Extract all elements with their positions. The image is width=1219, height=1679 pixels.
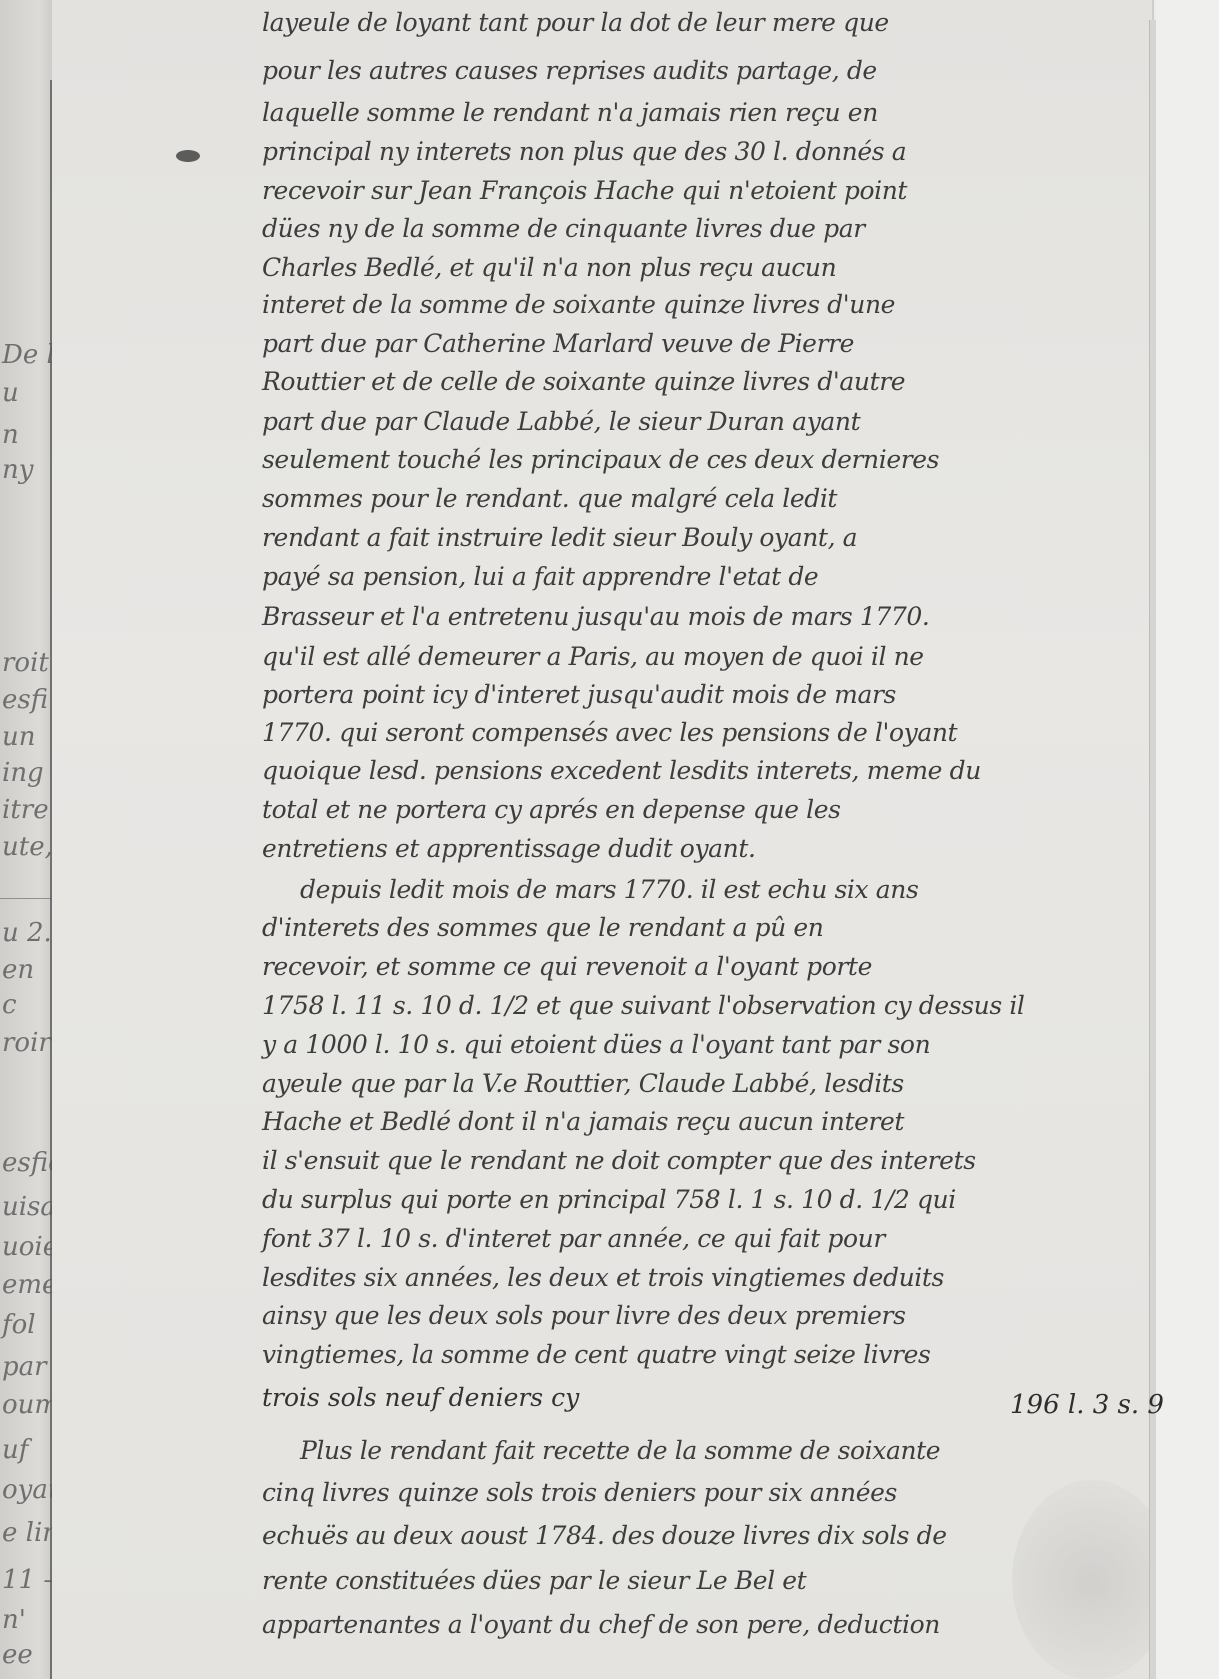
margin-fragment: u 2. bbox=[2, 918, 52, 948]
text-line: recevoir, et somme ce qui revenoit a l'o… bbox=[262, 952, 1139, 982]
margin-fragment: roir bbox=[2, 1028, 51, 1058]
text-line: Routtier et de celle de soixante quinze … bbox=[262, 367, 1139, 397]
text-line: rente constituées dües par le sieur Le B… bbox=[262, 1566, 1139, 1596]
margin-fragment: esfi bbox=[2, 685, 48, 715]
text-line: vingtiemes, la somme de cent quatre ving… bbox=[262, 1340, 1139, 1370]
text-line: payé sa pension, lui a fait apprendre l'… bbox=[262, 562, 1139, 592]
margin-fragment: esfio bbox=[2, 1148, 56, 1178]
text-line: entretiens et apprentissage dudit oyant. bbox=[262, 834, 1139, 864]
text-line: part due par Catherine Marlard veuve de … bbox=[262, 329, 1139, 359]
text-line: Plus le rendant fait recette de la somme… bbox=[300, 1436, 1139, 1466]
margin-fragment: un bbox=[2, 722, 36, 752]
text-line: ayeule que par la V.e Routtier, Claude L… bbox=[262, 1069, 1139, 1099]
text-line: part due par Claude Labbé, le sieur Dura… bbox=[262, 407, 1139, 437]
text-line: laquelle somme le rendant n'a jamais rie… bbox=[262, 98, 1139, 128]
total-entry-label: trois sols neuf deniers cy bbox=[262, 1383, 579, 1412]
text-line: Brasseur et l'a entretenu jusqu'au mois … bbox=[262, 602, 1139, 632]
text-line: appartenantes a l'oyant du chef de son p… bbox=[262, 1610, 1139, 1640]
margin-fragment: ny bbox=[2, 455, 33, 485]
text-line: echuës au deux aoust 1784. des douze liv… bbox=[262, 1521, 1139, 1551]
text-line: cinq livres quinze sols trois deniers po… bbox=[262, 1478, 1139, 1508]
margin-fragment: c bbox=[2, 990, 17, 1020]
page-edge-line bbox=[50, 80, 52, 1679]
text-line: il s'ensuit que le rendant ne doit compt… bbox=[262, 1146, 1139, 1176]
text-line: y a 1000 l. 10 s. qui etoient dües a l'o… bbox=[262, 1030, 1139, 1060]
text-line: sommes pour le rendant. que malgré cela … bbox=[262, 484, 1139, 514]
text-line: quoique lesd. pensions excedent lesdits … bbox=[262, 756, 1139, 786]
text-line: rendant a fait instruire ledit sieur Bou… bbox=[262, 523, 1139, 553]
text-line: 1758 l. 11 s. 10 d. 1/2 et que suivant l… bbox=[262, 991, 1139, 1021]
ink-blot bbox=[176, 150, 200, 162]
margin-fragment: eme bbox=[2, 1270, 56, 1300]
text-line: seulement touché les principaux de ces d… bbox=[262, 445, 1139, 475]
margin-fragment: itre bbox=[2, 795, 49, 825]
margin-fragment: e lir bbox=[2, 1518, 55, 1548]
text-line: ainsy que les deux sols pour livre des d… bbox=[262, 1301, 1139, 1331]
text-line: dües ny de la somme de cinquante livres … bbox=[262, 214, 1139, 244]
margin-fragment: 11 — 10 bbox=[2, 1565, 56, 1595]
text-line: font 37 l. 10 s. d'interet par année, ce… bbox=[262, 1224, 1139, 1254]
margin-fragment: uoie bbox=[2, 1232, 56, 1262]
text-line: layeule de loyant tant pour la dot de le… bbox=[262, 8, 1139, 38]
margin-fragment: en bbox=[2, 955, 34, 985]
text-line: lesdites six années, les deux et trois v… bbox=[262, 1263, 1139, 1293]
margin-fragment: ute, bbox=[2, 832, 53, 862]
margin-fragment: ing bbox=[2, 758, 44, 788]
margin-fragment: fol bbox=[2, 1310, 36, 1340]
text-line: pour les autres causes reprises audits p… bbox=[262, 56, 1139, 86]
text-line: 1770. qui seront compensés avec les pens… bbox=[262, 718, 1139, 748]
margin-fragment: uf bbox=[2, 1435, 28, 1465]
margin-fragment: oyau bbox=[2, 1475, 56, 1505]
text-line: qu'il est allé demeurer a Paris, au moye… bbox=[262, 642, 1139, 672]
background-strip bbox=[1156, 0, 1219, 1679]
margin-fragment: par bbox=[2, 1352, 47, 1382]
margin-fragment: roit bbox=[2, 648, 49, 678]
text-line: du surplus qui porte en principal 758 l.… bbox=[262, 1185, 1139, 1215]
text-line: Charles Bedlé, et qu'il n'a non plus reç… bbox=[262, 253, 1139, 283]
margin-fragment: ee bbox=[2, 1640, 33, 1670]
margin-fragment: oum bbox=[2, 1390, 56, 1420]
text-line: depuis ledit mois de mars 1770. il est e… bbox=[300, 875, 1139, 905]
margin-rule bbox=[0, 898, 56, 899]
text-line: interet de la somme de soixante quinze l… bbox=[262, 290, 1139, 320]
margin-fragment: u bbox=[2, 378, 19, 408]
margin-fragment: De la bbox=[2, 340, 56, 370]
text-line: recevoir sur Jean François Hache qui n'e… bbox=[262, 176, 1139, 206]
text-line: portera point icy d'interet jusqu'audit … bbox=[262, 680, 1139, 710]
underlying-page-fragment: De la u n ny roit esfi un ing itre ute, … bbox=[0, 0, 56, 1679]
text-line: d'interets des sommes que le rendant a p… bbox=[262, 913, 1139, 943]
total-label-text: trois sols neuf deniers cy bbox=[262, 1383, 579, 1412]
text-line: Hache et Bedlé dont il n'a jamais reçu a… bbox=[262, 1107, 1139, 1137]
margin-fragment: n bbox=[2, 420, 19, 450]
text-line: principal ny interets non plus que des 3… bbox=[262, 137, 1139, 167]
margin-fragment: n' bbox=[2, 1605, 26, 1635]
total-amount: 196 l. 3 s. 9 bbox=[1010, 1390, 1164, 1420]
text-line: total et ne portera cy aprés en depense … bbox=[262, 795, 1139, 825]
margin-fragment: uisa bbox=[2, 1192, 56, 1222]
